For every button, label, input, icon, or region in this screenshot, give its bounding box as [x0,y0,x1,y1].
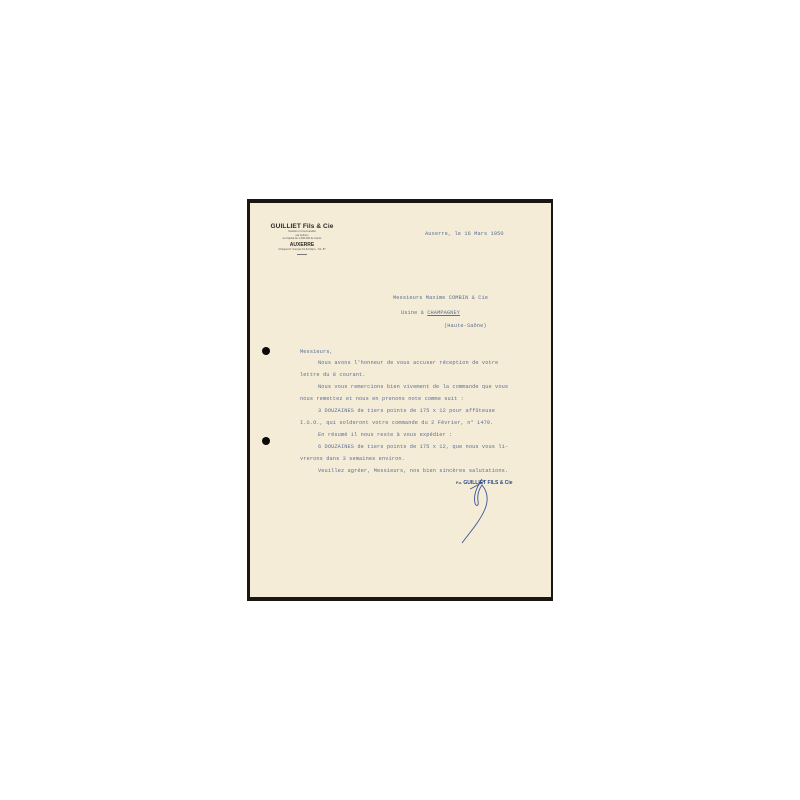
body-line: En résumé il nous reste à vous expédier … [318,432,452,438]
salutation: Messieurs, [300,349,333,355]
body-line: 3 DOUZAINES de tiers points de 175 x 12 … [318,408,495,414]
letter-page: GUILLIET Fils & Cie Société en Commandit… [250,203,551,597]
body-line: I.S.O., qui solderont votre commande du … [300,420,493,426]
punch-hole [262,347,270,355]
handwritten-signature [455,475,505,550]
letterhead: GUILLIET Fils & Cie Société en Commandit… [262,223,342,255]
body-line: 6 DOUZAINES de tiers points de 175 x 12,… [318,444,508,450]
addressee: Messieurs Maxime COMBIN & Cie [393,295,488,301]
company-name: GUILLIET Fils & Cie [262,223,342,230]
body-line: nous remettez et nous en prenons note co… [300,396,464,402]
body-line: lettre du 8 courant. [300,372,366,378]
place-date: Auxerre, le 16 Mars 1950 [425,231,504,237]
addressee-region: (Haute-Saône) [444,323,487,329]
addressee-town: CHAMPAGNEY [427,310,460,316]
divider [297,254,307,255]
addressee-location: Usine à CHAMPAGNEY [401,310,460,316]
body-line: vrerons dans 3 semaines environ. [300,456,405,462]
body-line: Veuillez agréer, Messieurs, nos bien sin… [318,468,508,474]
addressee-prefix: Usine à [401,310,427,316]
letterhead-line: au Capital de 1.000.000 de francs [262,237,342,241]
body-line: Nous avons l'honneur de vous accuser réc… [318,360,498,366]
body-line: Nous vous remercions bien vivement de la… [318,384,508,390]
letterhead-line: Chèques P. Compte 61-61 Dijon - Tél. 87 [262,248,342,252]
punch-hole [262,437,270,445]
